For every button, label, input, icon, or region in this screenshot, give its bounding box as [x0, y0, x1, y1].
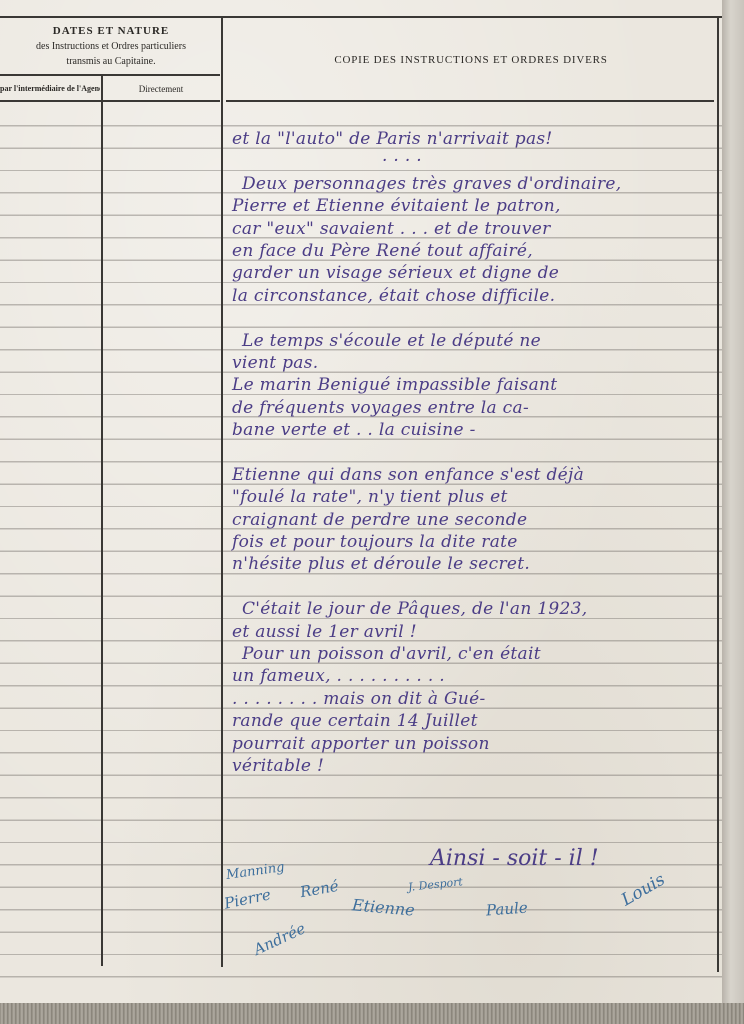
hw-line: Pour un poisson d'avril, c'en était	[232, 643, 718, 665]
subheader-direct: Directement	[102, 84, 220, 94]
hw-line: et la "l'auto" de Paris n'arrivait pas!	[232, 128, 718, 150]
closing-phrase: Ainsi - soit - il !	[430, 846, 599, 871]
ledger-page: DATES ET NATURE des Instructions et Ordr…	[0, 0, 744, 1024]
hw-line: rande que certain 14 Juillet	[232, 710, 718, 732]
left-header-subtitle-1: des Instructions et Ordres particuliers	[0, 41, 222, 52]
handwritten-text: et la "l'auto" de Paris n'arrivait pas! …	[232, 128, 718, 777]
hw-line: pourrait apporter un poisson	[232, 733, 718, 755]
hw-line: de fréquents voyages entre la ca-	[232, 397, 718, 419]
hw-line: car "eux" savaient . . . et de trouver	[232, 218, 718, 240]
hw-line: C'était le jour de Pâques, de l'an 1923,	[232, 598, 718, 620]
hw-line: un fameux, . . . . . . . . . .	[232, 665, 718, 687]
hw-line	[232, 307, 718, 329]
hw-line: n'hésite plus et déroule le secret.	[232, 553, 718, 575]
left-header-subtitle-2: transmis au Capitaine.	[0, 56, 222, 67]
left-subheader-rule	[0, 100, 220, 102]
hw-line: Etienne qui dans son enfance s'est déjà	[232, 464, 718, 486]
hw-line: · · · ·	[232, 150, 718, 172]
hw-line: craignant de perdre une seconde	[232, 509, 718, 531]
hw-line: Deux personnages très graves d'ordinaire…	[232, 173, 718, 195]
hw-line: "foulé la rate", n'y tient plus et	[232, 486, 718, 508]
top-rule	[0, 16, 722, 18]
signature: Paule	[485, 899, 528, 920]
hw-line: véritable !	[232, 755, 718, 777]
hw-line: Le temps s'écoule et le député ne	[232, 330, 718, 352]
left-column-divider	[101, 76, 103, 966]
hw-line	[232, 576, 718, 598]
hw-line: en face du Père René tout affairé,	[232, 240, 718, 262]
hw-line: Le marin Benigué impassible faisant	[232, 374, 718, 396]
hw-line: bane verte et . . la cuisine -	[232, 419, 718, 441]
hw-line: la circonstance, était chose difficile.	[232, 285, 718, 307]
hw-line: fois et pour toujours la dite rate	[232, 531, 718, 553]
hw-line: vient pas.	[232, 352, 718, 374]
main-header-rule	[226, 100, 714, 102]
book-spine-edge	[722, 0, 744, 1024]
subheader-agency: par l'intermédiaire de l'Agence	[0, 84, 100, 93]
hw-line: Pierre et Etienne évitaient le patron,	[232, 195, 718, 217]
hw-line: garder un visage sérieux et digne de	[232, 262, 718, 284]
main-header-title: COPIE DES INSTRUCTIONS ET ORDRES DIVERS	[224, 54, 718, 66]
hw-line: . . . . . . . . mais on dit à Gué-	[232, 688, 718, 710]
hw-line	[232, 441, 718, 463]
left-header-title: DATES ET NATURE	[0, 25, 222, 37]
main-column-divider	[221, 17, 223, 967]
left-header-rule	[0, 74, 220, 76]
book-bottom-edge	[0, 1003, 744, 1024]
hw-line: et aussi le 1er avril !	[232, 621, 718, 643]
